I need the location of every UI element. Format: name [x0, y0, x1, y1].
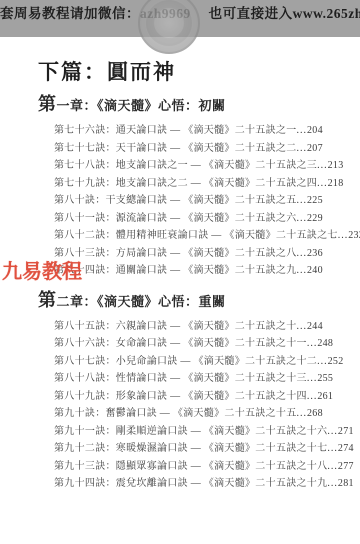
site-red-watermark: 九易教程: [2, 255, 82, 284]
chapter-1: 第一章：《滴天髓》心悟：初關 第七十六訣：通天論口訣 — 《滴天髓》二十五訣之一…: [0, 94, 360, 280]
toc-entry: 第九十一訣：剛柔順逆論口訣 — 《滴天髓》二十五訣之十六...271: [54, 423, 360, 441]
page-number: 271: [338, 426, 354, 437]
page-number: 240: [307, 265, 323, 276]
toc-entry: 第八十三訣：方局論口訣 — 《滴天髓》二十五訣之八...236: [54, 245, 360, 263]
toc-entry: 第七十六訣：通天論口訣 — 《滴天髓》二十五訣之一...204: [54, 122, 360, 140]
toc-entry: 第七十七訣：天干論口訣 — 《滴天髓》二十五訣之二...207: [54, 140, 360, 158]
chapter-2: 第二章：《滴天髓》心悟：重關 第八十五訣：六親論口訣 — 《滴天髓》二十五訣之十…: [0, 290, 360, 493]
page-number: 236: [307, 248, 323, 259]
page-number: 225: [307, 195, 323, 206]
chapter-1-heading-text: 一章：《滴天髓》心悟：初關: [57, 98, 226, 113]
toc-entry: 第七十九訣：地支論口訣之二 — 《滴天髓》二十五訣之四...218: [54, 175, 360, 193]
toc-entry: 第八十訣：干支總論口訣 — 《滴天髓》二十五訣之五...225: [54, 192, 360, 210]
toc-entry: 第八十七訣：小兒命論口訣 — 《滴天髓》二十五訣之十二...252: [54, 353, 360, 371]
toc-entry: 第八十四訣：通關論口訣 — 《滴天髓》二十五訣之九...240: [54, 262, 360, 280]
page-number: 248: [317, 338, 333, 349]
page-number: 229: [307, 213, 323, 224]
page-number: 268: [307, 408, 323, 419]
chapter-1-toc: 第七十六訣：通天論口訣 — 《滴天髓》二十五訣之一...204 第七十七訣：天干…: [54, 122, 360, 280]
chapter-1-heading-first-char: 第: [38, 94, 57, 114]
toc-entry: 第九十三訣：隱顯眾寡論口訣 — 《滴天髓》二十五訣之十八...277: [54, 458, 360, 476]
toc-entry: 第八十一訣：源流論口訣 — 《滴天髓》二十五訣之六...229: [54, 210, 360, 228]
page-number: 277: [338, 461, 354, 472]
toc-entry: 第八十二訣：體用精神旺衰論口訣 — 《滴天髓》二十五訣之七...232: [54, 227, 360, 245]
chapter-2-toc: 第八十五訣：六親論口訣 — 《滴天髓》二十五訣之十...244 第八十六訣：女命…: [54, 318, 360, 493]
page-number: 274: [338, 443, 354, 454]
page-number: 232: [348, 230, 360, 241]
toc-entry: 第八十六訣：女命論口訣 — 《滴天髓》二十五訣之十一...248: [54, 335, 360, 353]
page-number: 213: [328, 160, 344, 171]
toc-entry: 第七十八訣：地支論口訣之一 — 《滴天髓》二十五訣之三...213: [54, 157, 360, 175]
page-number: 261: [317, 391, 333, 402]
toc-entry: 第九十二訣：寒暖燥濕論口訣 — 《滴天髓》二十五訣之十七...274: [54, 440, 360, 458]
page-number: 255: [317, 373, 333, 384]
chapter-2-heading-first-char: 第: [38, 290, 57, 310]
page-number: 218: [328, 178, 344, 189]
chapter-2-heading-text: 二章：《滴天髓》心悟：重關: [57, 294, 226, 309]
chapter-1-heading: 第一章：《滴天髓》心悟：初關: [38, 94, 360, 116]
toc-entry: 第九十訣：奮鬱論口訣 — 《滴天髓》二十五訣之十五...268: [54, 405, 360, 423]
page-number: 281: [338, 478, 354, 489]
page-number: 204: [307, 125, 323, 136]
page-title: 下篇：圓而神: [38, 59, 360, 85]
page-number: 244: [307, 321, 323, 332]
toc-entry: 第九十四訣：震兌坎離論口訣 — 《滴天髓》二十五訣之十九...281: [54, 475, 360, 493]
chapter-2-heading: 第二章：《滴天髓》心悟：重關: [38, 290, 360, 312]
toc-entry: 第八十八訣：性情論口訣 — 《滴天髓》二十五訣之十三...255: [54, 370, 360, 388]
toc-entry: 第八十五訣：六親論口訣 — 《滴天髓》二十五訣之十...244: [54, 318, 360, 336]
page-number: 207: [307, 143, 323, 154]
page-number: 252: [328, 356, 344, 367]
toc-entry: 第八十九訣：形象論口訣 — 《滴天髓》二十五訣之十四...261: [54, 388, 360, 406]
